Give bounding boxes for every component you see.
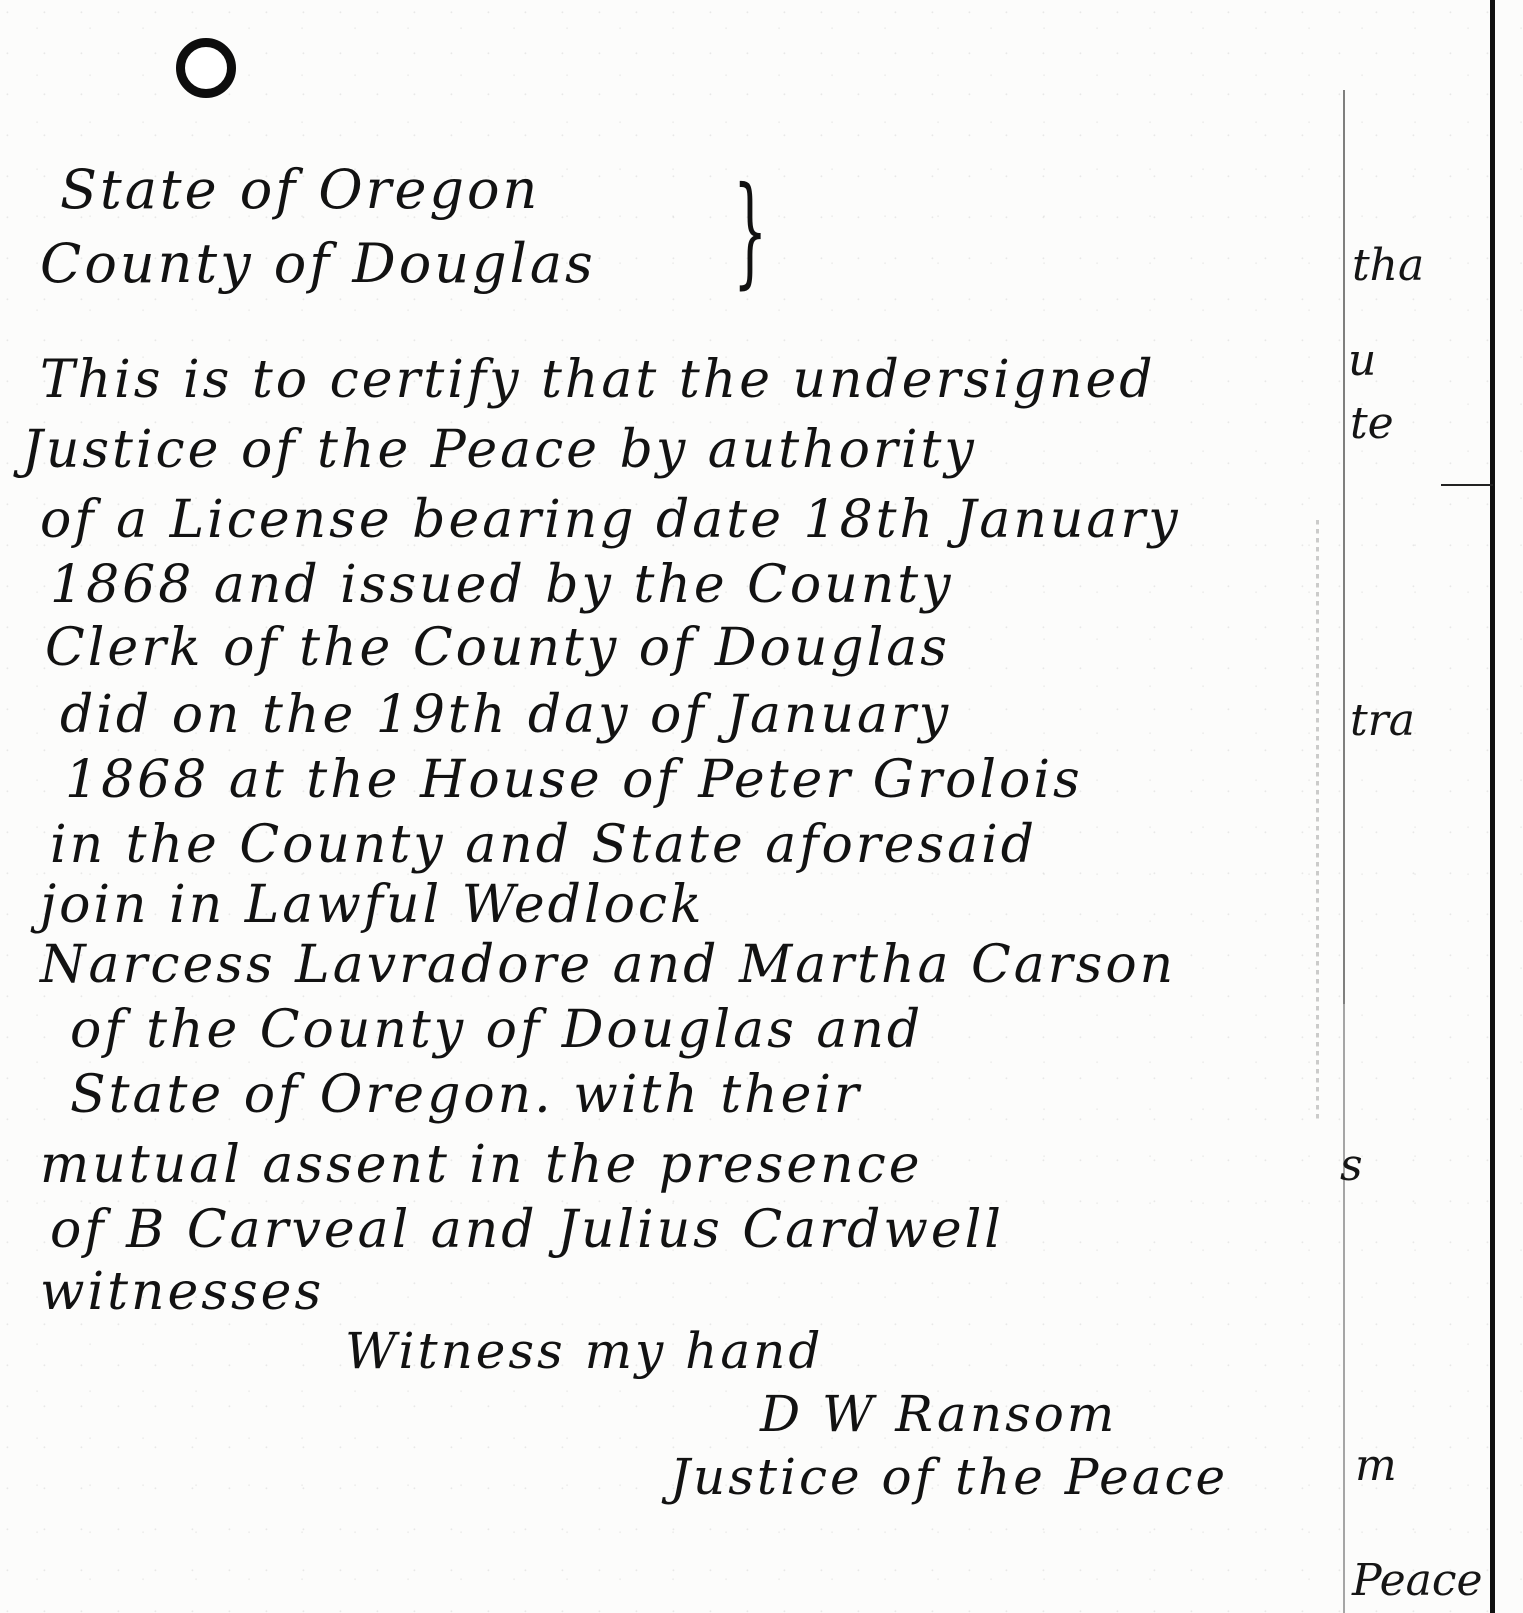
page-fold-line <box>1343 90 1345 1613</box>
margin-fragment-4: tra <box>1350 695 1415 746</box>
body-line-9: join in Lawful Wedlock <box>40 875 705 935</box>
heading-state: State of Oregon <box>60 158 540 221</box>
heading-brace-icon: } <box>733 172 767 292</box>
body-line-8: in the County and State aforesaid <box>50 815 1037 875</box>
margin-fragment-1: tha <box>1352 240 1424 291</box>
body-line-10: Narcess Lavradore and Martha Carson <box>40 935 1176 995</box>
margin-fragment-3: te <box>1350 398 1394 449</box>
body-line-4: 1868 and issued by the County <box>50 555 954 615</box>
body-line-3: of a License bearing date 18th January <box>40 490 1181 550</box>
binder-hole-icon <box>176 38 236 98</box>
heading-county: County of Douglas <box>40 232 596 295</box>
body-line-15: witnesses <box>40 1262 324 1322</box>
body-line-2: Justice of the Peace by authority <box>22 420 977 480</box>
body-line-7: 1868 at the House of Peter Grolois <box>65 750 1083 810</box>
signature-title: Justice of the Peace <box>670 1448 1228 1506</box>
body-line-12: State of Oregon. with their <box>70 1065 862 1125</box>
signature: D W Ransom <box>760 1385 1117 1443</box>
body-line-6: did on the 19th day of January <box>60 685 951 745</box>
body-line-13: mutual assent in the presence <box>40 1135 923 1195</box>
margin-fragment-7: Peace <box>1352 1555 1483 1606</box>
page-edge-notch <box>1441 484 1493 486</box>
body-line-11: of the County of Douglas and <box>70 1000 923 1060</box>
body-line-1: This is to certify that the undersigned <box>40 350 1156 410</box>
margin-fragment-5: s <box>1340 1140 1363 1191</box>
body-line-14: of B Carveal and Julius Cardwell <box>50 1200 1004 1260</box>
margin-fragment-6: m <box>1355 1440 1397 1491</box>
body-line-5: Clerk of the County of Douglas <box>45 618 950 678</box>
page-edge <box>1490 0 1495 1613</box>
margin-fragment-2: u <box>1348 335 1376 386</box>
scan-artifact <box>1316 520 1319 1120</box>
document-page: State of Oregon County of Douglas } This… <box>0 0 1523 1613</box>
attestation: Witness my hand <box>345 1322 823 1380</box>
